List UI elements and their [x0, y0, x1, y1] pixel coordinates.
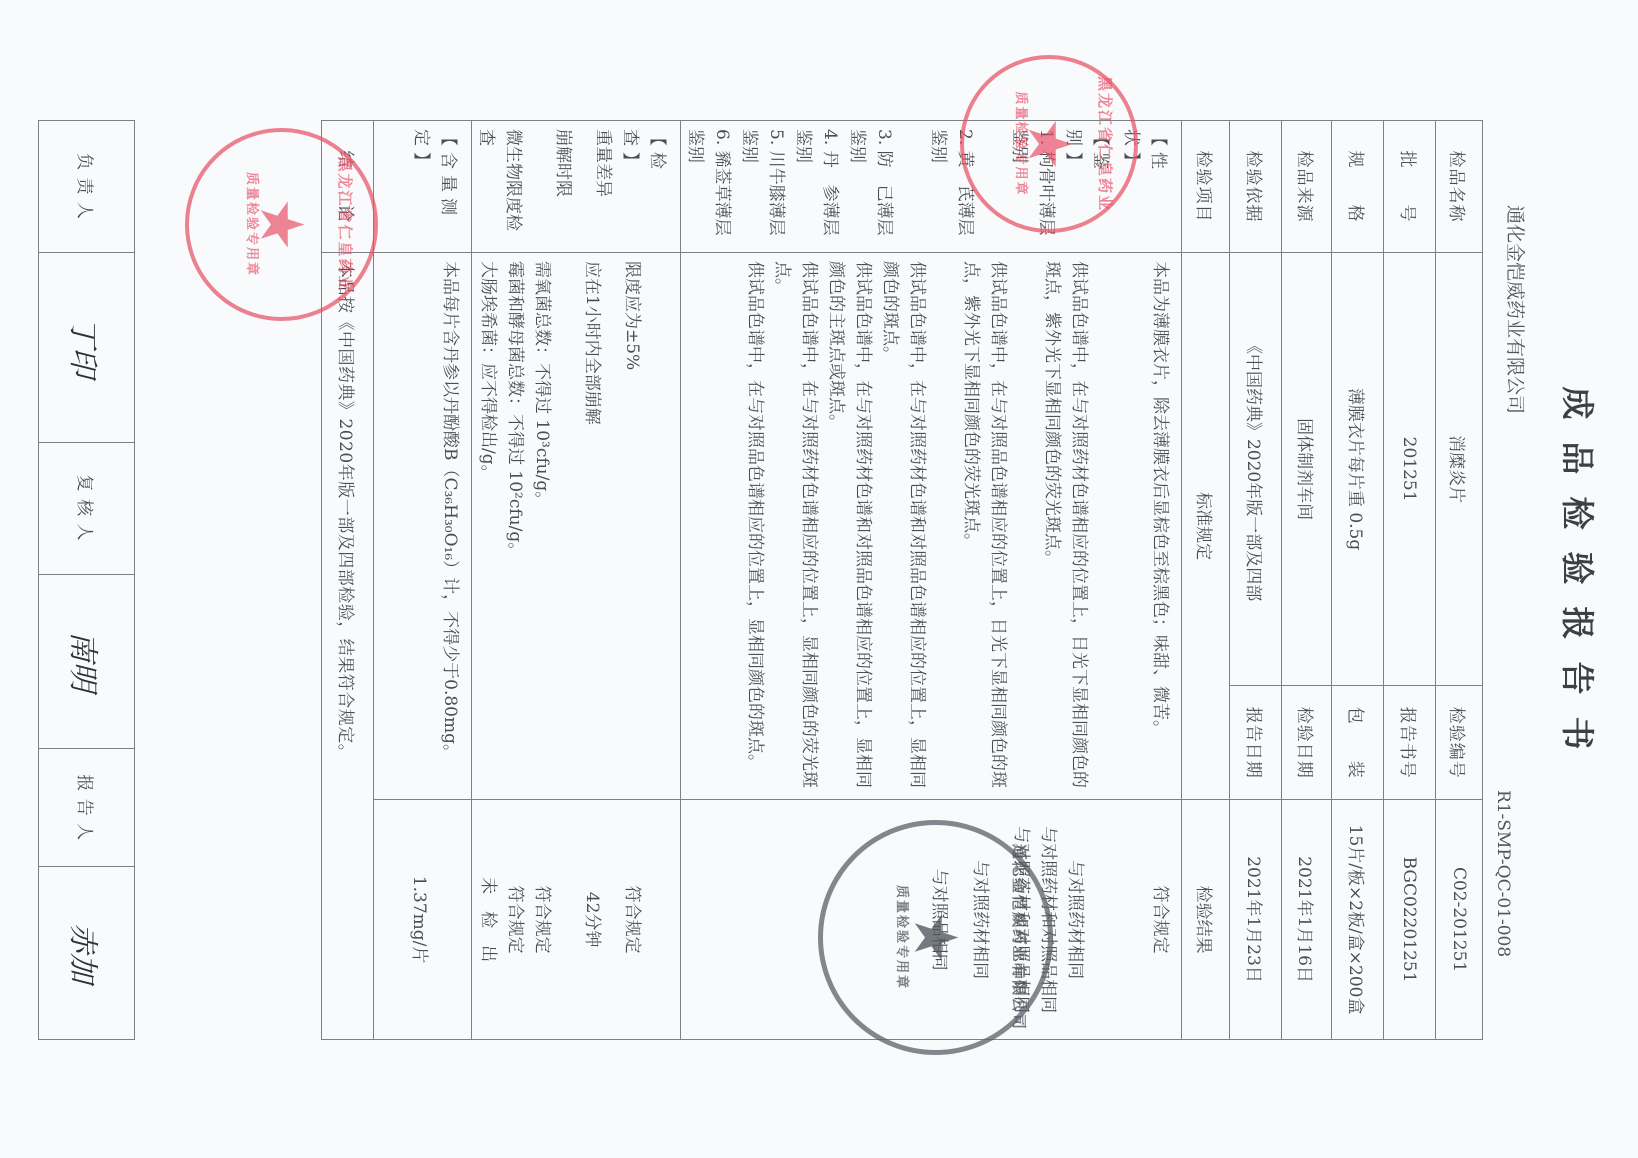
- column-header-row: 检验项目 标准规定 检验结果: [1182, 121, 1230, 1040]
- standard-ident-2: 供试品色谱中，在与对照品色谱相应的位置上，日光下显相同颜色的斑点，紫外光下显相同…: [930, 261, 1011, 791]
- item-labels-column: 【性 状】 【鉴 别】 1. 枸骨叶薄层鉴别 2. 黄 芪薄层鉴别 3. 防 己…: [681, 121, 1182, 253]
- label-inspection-basis: 检验依据: [1230, 121, 1282, 253]
- value-report-date: 2021年1月23日: [1230, 800, 1282, 1040]
- result-microbial-3: 未 检 出: [474, 808, 501, 1031]
- label-product-name: 检品名称: [1436, 121, 1483, 253]
- star-icon: ★: [252, 198, 312, 252]
- label-inspection: 【检 查】: [616, 129, 670, 244]
- value-inspection-number: C02-201251: [1436, 800, 1483, 1040]
- label-microbial-limit: 微生物限度检查: [472, 129, 526, 239]
- standards-column: 本品为薄膜衣片，除去薄膜衣后显棕色至棕黑色；味甜、微苦。 供试品色谱中，在与对照…: [681, 252, 1182, 799]
- report-table: 检品名称 消糜炎片 检验编号 C02-201251 批 号 201251 报告书…: [321, 120, 1483, 1040]
- result-assay: 1.37mg/片: [374, 800, 472, 1040]
- value-report-number: BGC02201251: [1384, 800, 1436, 1040]
- header-row-spec: 规 格 薄膜衣片每片重 0.5g 包 装 15片/板×2板/盒×200盒: [1332, 121, 1384, 1040]
- standard-ident-6: 供试品色谱中，在与对照品色谱相应的位置上，显相同颜色的斑点。: [714, 261, 768, 791]
- label-batch-number: 批 号: [1384, 121, 1436, 253]
- signature-responsible: 丁印: [39, 252, 135, 442]
- label-inspection-date: 检验日期: [1282, 686, 1332, 800]
- inspection-report-page: 成品检验报告书 通化金恺威药业有限公司 R1-SMP-QC-01-008 检品名…: [0, 0, 1638, 1158]
- standard-ident-4: 供试品色谱中，在与对照药材色谱和对照品色谱相应的位置上，显相同颜色的主斑点或斑点…: [822, 261, 876, 791]
- label-identification: 【鉴 别】: [1059, 129, 1113, 244]
- value-inspection-date: 2021年1月16日: [1282, 800, 1332, 1040]
- header-row-source: 检品来源 固体制剂车间 检验日期 2021年1月16日: [1282, 121, 1332, 1040]
- label-report-number: 报告书号: [1384, 686, 1436, 800]
- label-ident-4: 4. 丹 参薄层鉴别: [789, 129, 843, 244]
- signature-reporter: 赤加: [39, 867, 135, 1040]
- signature-reviewer: 南明: [39, 574, 135, 749]
- result-disintegration: 42分钟: [555, 808, 605, 1031]
- standard-microbial-1: 需氧菌总数：不得过 10³cfu/g。: [528, 261, 555, 791]
- label-weight-variation: 重量差异: [576, 129, 616, 244]
- label-ident-3: 3. 防 己薄层鉴别: [843, 129, 897, 244]
- standard-appearance: 本品为薄膜衣片，除去薄膜衣后显棕色至棕黑色；味甜、微苦。: [1119, 261, 1173, 791]
- result-ident-1: 与对照药材相同: [1061, 808, 1088, 1031]
- signature-table: 负 责 人 丁印 复 核 人 南明 报 告 人 赤加: [38, 120, 135, 1040]
- value-specification: 薄膜衣片每片重 0.5g: [1332, 252, 1384, 685]
- document-title: 成品检验报告书: [1556, 0, 1603, 1158]
- result-ident-4: 与对照药材和对照品相同: [1007, 808, 1034, 1031]
- section-appearance-identification: 【性 状】 【鉴 别】 1. 枸骨叶薄层鉴别 2. 黄 芪薄层鉴别 3. 防 己…: [681, 121, 1182, 1040]
- label-conclusion: 结 论: [322, 121, 374, 253]
- label-ident-6: 6. 豨莶草薄层鉴别: [681, 129, 735, 244]
- inspection-standards: 限度应为±5% 应在1小时内全部崩解 需氧菌总数：不得过 10³cfu/g。 霉…: [472, 252, 681, 799]
- label-report-date: 报告日期: [1230, 686, 1282, 800]
- result-microbial-1: 符合规定: [528, 808, 555, 1031]
- label-ident-1: 1. 枸骨叶薄层鉴别: [978, 129, 1059, 244]
- section-assay: 【含量测定】 本品每片含丹参以丹酚酸B（C₃₆H₃₀O₁₆）计，不得少于0.80…: [374, 121, 472, 1040]
- label-responsible-person: 负 责 人: [39, 121, 135, 253]
- result-weight-variation: 符合规定: [605, 808, 645, 1031]
- result-ident-5: 与对照药材相同: [966, 808, 993, 1031]
- value-sample-source: 固体制剂车间: [1282, 252, 1332, 685]
- scanned-document: 成品检验报告书 通化金恺威药业有限公司 R1-SMP-QC-01-008 检品名…: [0, 0, 1638, 1158]
- form-number: R1-SMP-QC-01-008: [1493, 790, 1513, 957]
- conclusion-text: 本品按《中国药典》2020年版一部及四部检验，结果符合规定。: [322, 252, 374, 1039]
- standard-assay: 本品每片含丹参以丹酚酸B（C₃₆H₃₀O₁₆）计，不得少于0.80mg。: [374, 252, 472, 799]
- standard-ident-3: 供试品色谱中，在与对照药材色谱和对照品色谱相应的位置上，显相同颜色的斑点。: [876, 261, 930, 791]
- standard-microbial-2: 霉菌和酵母菌总数：不得过 10²cfu/g。: [501, 261, 528, 791]
- label-reviewer: 复 核 人: [39, 442, 135, 574]
- label-sample-source: 检品来源: [1282, 121, 1332, 253]
- standard-weight-variation: 限度应为±5%: [605, 261, 645, 791]
- stamp-text-mid: 质量检验专用章: [244, 132, 263, 317]
- value-packaging: 15片/板×2板/盒×200盒: [1332, 800, 1384, 1040]
- section-inspection: 【检 查】 重量差异 崩解时限 微生物限度检查 限度应为±5% 应在1小时内全部…: [472, 121, 681, 1040]
- standard-ident-1: 供试品色谱中，在与对照药材色谱相应的位置上，日光下显相同颜色的斑点，紫外光下显相…: [1011, 261, 1092, 791]
- results-column: 符合规定 与对照药材相同 与对照药材和对照品相同 与对照药材和对照品相同 与对照…: [681, 800, 1182, 1040]
- label-inspection-number: 检验编号: [1436, 686, 1483, 800]
- label-packaging: 包 装: [1332, 686, 1384, 800]
- signature-row: 负 责 人 丁印 复 核 人 南明 报 告 人 赤加: [39, 121, 135, 1040]
- label-appearance: 【性 状】: [1113, 129, 1171, 244]
- label-ident-2: 2. 黄 芪薄层鉴别: [897, 129, 978, 244]
- header-result: 检验结果: [1182, 800, 1230, 1040]
- result-appearance: 符合规定: [1115, 808, 1173, 1031]
- standard-disintegration: 应在1小时内全部崩解: [555, 261, 605, 791]
- value-inspection-basis: 《中国药典》2020年版一部及四部: [1230, 252, 1282, 685]
- section-conclusion: 结 论 本品按《中国药典》2020年版一部及四部检验，结果符合规定。: [322, 121, 374, 1040]
- label-specification: 规 格: [1332, 121, 1384, 253]
- value-product-name: 消糜炎片: [1436, 252, 1483, 685]
- result-ident-2-6: 与对照品相同: [925, 808, 952, 1031]
- result-ident-3: 与对照药材和对照品相同: [1034, 808, 1061, 1031]
- label-ident-5: 5. 川牛膝薄层鉴别: [735, 129, 789, 244]
- header-inspection-item: 检验项目: [1182, 121, 1230, 253]
- inspection-labels: 【检 查】 重量差异 崩解时限 微生物限度检查: [472, 121, 681, 253]
- header-row-basis: 检验依据 《中国药典》2020年版一部及四部 报告日期 2021年1月23日: [1230, 121, 1282, 1040]
- label-assay: 【含量测定】: [374, 121, 472, 253]
- label-reporter: 报 告 人: [39, 749, 135, 867]
- header-standard: 标准规定: [1182, 252, 1230, 799]
- header-row-product-name: 检品名称 消糜炎片 检验编号 C02-201251: [1436, 121, 1483, 1040]
- inspection-results: 符合规定 42分钟 符合规定 符合规定 未 检 出: [472, 800, 681, 1040]
- standard-ident-5: 供试品色谱中，在与对照药材色谱相应的位置上，显相同颜色的荧光斑点。: [768, 261, 822, 791]
- standard-microbial-3: 大肠埃希菌：应不得检出/g。: [474, 261, 501, 791]
- value-batch-number: 201251: [1384, 252, 1436, 685]
- result-microbial-2: 符合规定: [501, 808, 528, 1031]
- company-name: 通化金恺威药业有限公司: [1503, 205, 1530, 414]
- label-disintegration: 崩解时限: [526, 129, 576, 244]
- header-row-batch: 批 号 201251 报告书号 BGC02201251: [1384, 121, 1436, 1040]
